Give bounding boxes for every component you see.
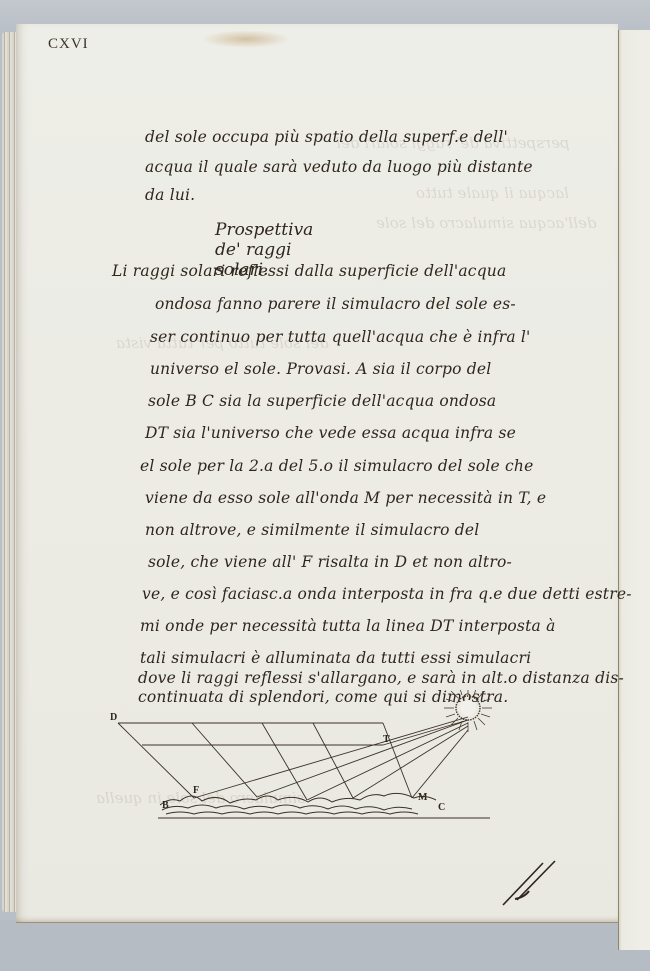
text-line: DT sia l'universo che vede essa acqua in… — [145, 424, 516, 442]
text-line: acqua il quale sarà veduto da luogo più … — [145, 158, 533, 176]
text-line: dove li raggi reflessi s'allargano, e sa… — [138, 669, 624, 687]
text-line: sole, che viene all' F risalta in D et n… — [148, 553, 512, 571]
text-line: tali simulacri è alluminata da tutti ess… — [140, 649, 531, 667]
text-line: ser continuo per tutta quell'acqua che è… — [150, 328, 531, 346]
text-line: del sole occupa più spatio della superf.… — [145, 128, 508, 146]
label-D: D — [110, 712, 117, 723]
folio-number: CXVI — [48, 36, 89, 53]
facing-page-edge — [618, 30, 650, 950]
text-line: sole B C sia la superficie dell'acqua on… — [148, 392, 496, 410]
text-line: viene da esso sole all'onda M per necess… — [145, 489, 546, 507]
reflection-diagram: D T F B M C — [100, 690, 520, 830]
label-F: F — [193, 785, 199, 796]
text-line: mi onde per necessità tutta la linea DT … — [140, 617, 556, 635]
bleed-through-text: lacqua il quale tutto — [416, 184, 569, 202]
text-line: da lui. — [145, 186, 195, 204]
label-T: T — [383, 734, 390, 745]
text-line: el sole per la 2.a del 5.o il simulacro … — [140, 457, 533, 475]
text-line: non altrove, e similmente il simulacro d… — [145, 521, 479, 539]
text-line: ondosa fanno parere il simulacro del sol… — [155, 295, 516, 313]
waves — [160, 793, 436, 814]
text-line: ve, e così faciasc.a onda interposta in … — [142, 585, 632, 603]
water-stain — [201, 30, 291, 48]
signature-mark — [495, 855, 565, 915]
label-C: C — [438, 802, 445, 813]
text-line: Li raggi solari reflessi dalla superfici… — [112, 262, 506, 280]
text-line: universo el sole. Provasi. A sia il corp… — [150, 360, 491, 378]
label-M: M — [418, 792, 428, 803]
background-bottom — [0, 920, 650, 971]
label-B: B — [162, 800, 169, 811]
bleed-through-text: dell'acqua simulacro del sole — [376, 214, 596, 232]
